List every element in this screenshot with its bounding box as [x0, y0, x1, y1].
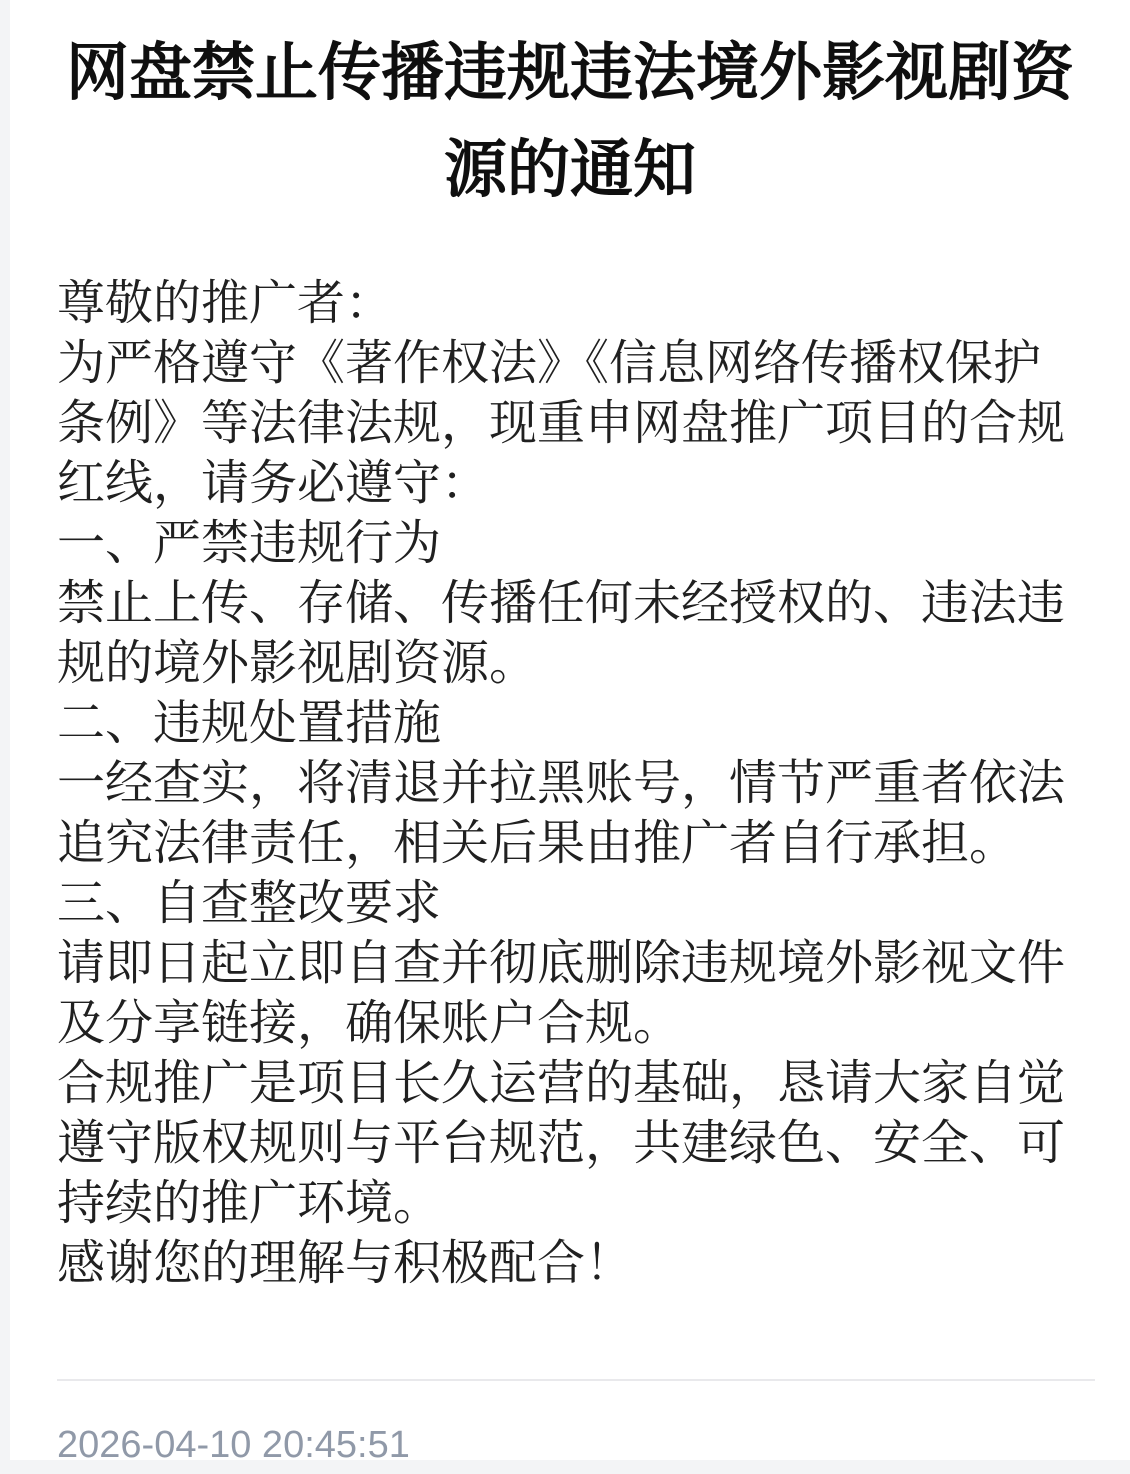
article-content: 网盘禁止传播违规违法境外影视剧资源的通知 尊敬的推广者：为严格遵守《著作权法》《… [10, 0, 1130, 1467]
article-paragraph: 二、违规处置措施 [57, 694, 1077, 754]
article-paragraph: 请即日起立即自查并彻底删除违规境外影视文件及分享链接，确保账户合规。 [57, 934, 1077, 1054]
page-left-gutter [0, 0, 10, 1474]
article-paragraph: 感谢您的理解与积极配合！ [57, 1234, 1077, 1294]
article-paragraph: 三、自查整改要求 [57, 874, 1077, 934]
page-bottom-gutter [0, 1460, 1130, 1474]
article-paragraph: 合规推广是项目长久运营的基础，恳请大家自觉遵守版权规则与平台规范，共建绿色、安全… [57, 1054, 1077, 1234]
article-paragraph: 为严格遵守《著作权法》《信息网络传播权保护条例》等法律法规，现重申网盘推广项目的… [57, 334, 1077, 514]
article-paragraph: 一、严禁违规行为 [57, 514, 1077, 574]
notice-article-page: 网盘禁止传播违规违法境外影视剧资源的通知 尊敬的推广者：为严格遵守《著作权法》《… [0, 0, 1130, 1474]
article-body: 尊敬的推广者：为严格遵守《著作权法》《信息网络传播权保护条例》等法律法规，现重申… [57, 274, 1077, 1294]
article-title: 网盘禁止传播违规违法境外影视剧资源的通知 [65, 25, 1075, 219]
article-paragraph: 尊敬的推广者： [57, 274, 1077, 334]
article-paragraph: 禁止上传、存储、传播任何未经授权的、违法违规的境外影视剧资源。 [57, 574, 1077, 694]
divider-line [57, 1379, 1095, 1381]
article-paragraph: 一经查实，将清退并拉黑账号，情节严重者依法追究法律责任，相关后果由推广者自行承担… [57, 754, 1077, 874]
